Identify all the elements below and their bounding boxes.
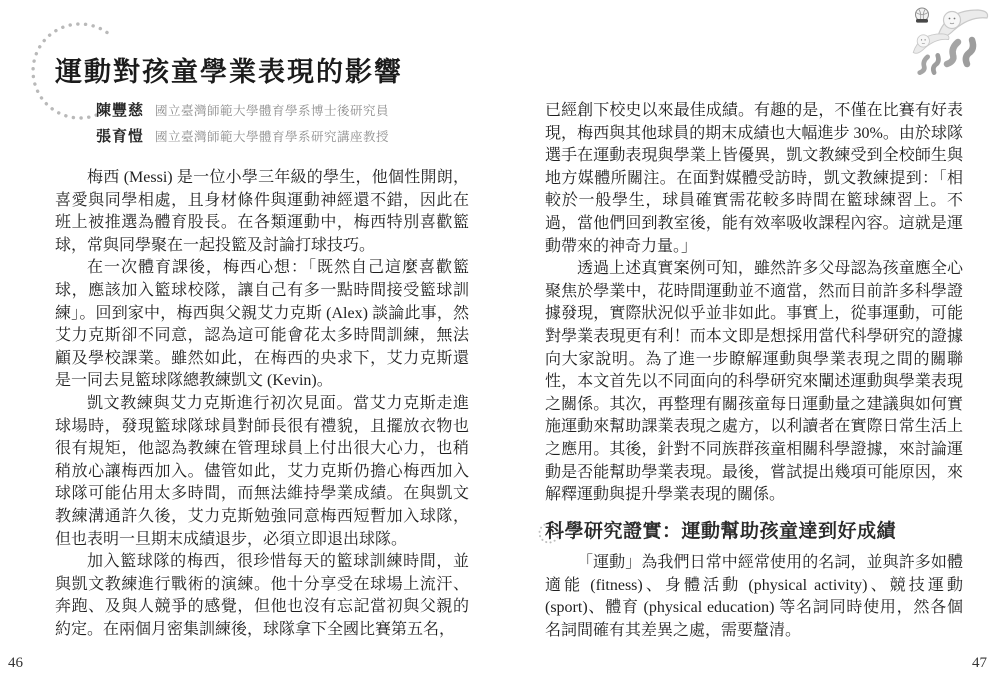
page-number-left: 46 <box>8 655 23 672</box>
author-affiliation: 國立臺灣師範大學體育學系研究講座教授 <box>155 127 389 145</box>
continuation-paragraphs: 已經創下校史以來最佳成績。有趣的是，不僅在比賽有好表現，梅西與其他球員的期末成績… <box>545 100 963 507</box>
article-title: 運動對孩童學業表現的影響 <box>55 50 403 89</box>
page-number-right: 47 <box>972 655 987 672</box>
book-spread: 運動對孩童學業表現的影響 陳豐慈 國立臺灣師範大學體育學系博士後研究員 張育愷 … <box>0 0 1000 686</box>
paragraph: 凱文教練與艾力克斯進行初次見面。當艾力克斯走進球場時，發現籃球隊球員對師長很有禮… <box>55 393 469 551</box>
author-name: 陳豐慈 <box>96 99 144 120</box>
page-46-body-text: 梅西 (Messi) 是一位小學三年級的學生，他個性開朗，喜愛與同學相處，且身材… <box>55 167 469 641</box>
author-affiliation: 國立臺灣師範大學體育學系博士後研究員 <box>155 101 389 119</box>
paragraph: 在一次體育課後，梅西心想：「既然自己這麼喜歡籃球，應該加入籃球校隊，讓自己有多一… <box>55 257 469 393</box>
running-mascots-illustration <box>896 2 996 82</box>
paragraph: 「運動」為我們日常中經常使用的名詞，並與許多如體適能 (fitness)、身體活… <box>545 552 963 642</box>
author-row: 張育愷 國立臺灣師範大學體育學系研究講座教授 <box>96 125 389 146</box>
paragraph: 加入籃球隊的梅西，很珍惜每天的籃球訓練時間，並與凱文教練進行戰術的演練。他十分享… <box>55 551 469 641</box>
paragraph: 已經創下校史以來最佳成績。有趣的是，不僅在比賽有好表現，梅西與其他球員的期末成績… <box>545 100 963 258</box>
author-row: 陳豐慈 國立臺灣師範大學體育學系博士後研究員 <box>96 99 389 120</box>
author-name: 張育愷 <box>96 125 144 146</box>
author-list: 陳豐慈 國立臺灣師範大學體育學系博士後研究員 張育愷 國立臺灣師範大學體育學系研… <box>96 99 389 151</box>
section-paragraphs: 「運動」為我們日常中經常使用的名詞，並與許多如體適能 (fitness)、身體活… <box>545 552 963 642</box>
paragraph: 梅西 (Messi) 是一位小學三年級的學生，他個性開朗，喜愛與同學相處，且身材… <box>55 167 469 257</box>
page-47-body-text: 已經創下校史以來最佳成績。有趣的是，不僅在比賽有好表現，梅西與其他球員的期末成績… <box>545 100 963 643</box>
ball-icon <box>916 8 929 23</box>
paragraph: 透過上述真實案例可知，雖然許多父母認為孩童應全心聚焦於學業中，花時間運動並不適當… <box>545 258 963 507</box>
section-heading-label: 科學研究證實：運動幫助孩童達到好成績 <box>545 521 896 542</box>
section-heading: 科學研究證實：運動幫助孩童達到好成績 <box>545 521 963 544</box>
